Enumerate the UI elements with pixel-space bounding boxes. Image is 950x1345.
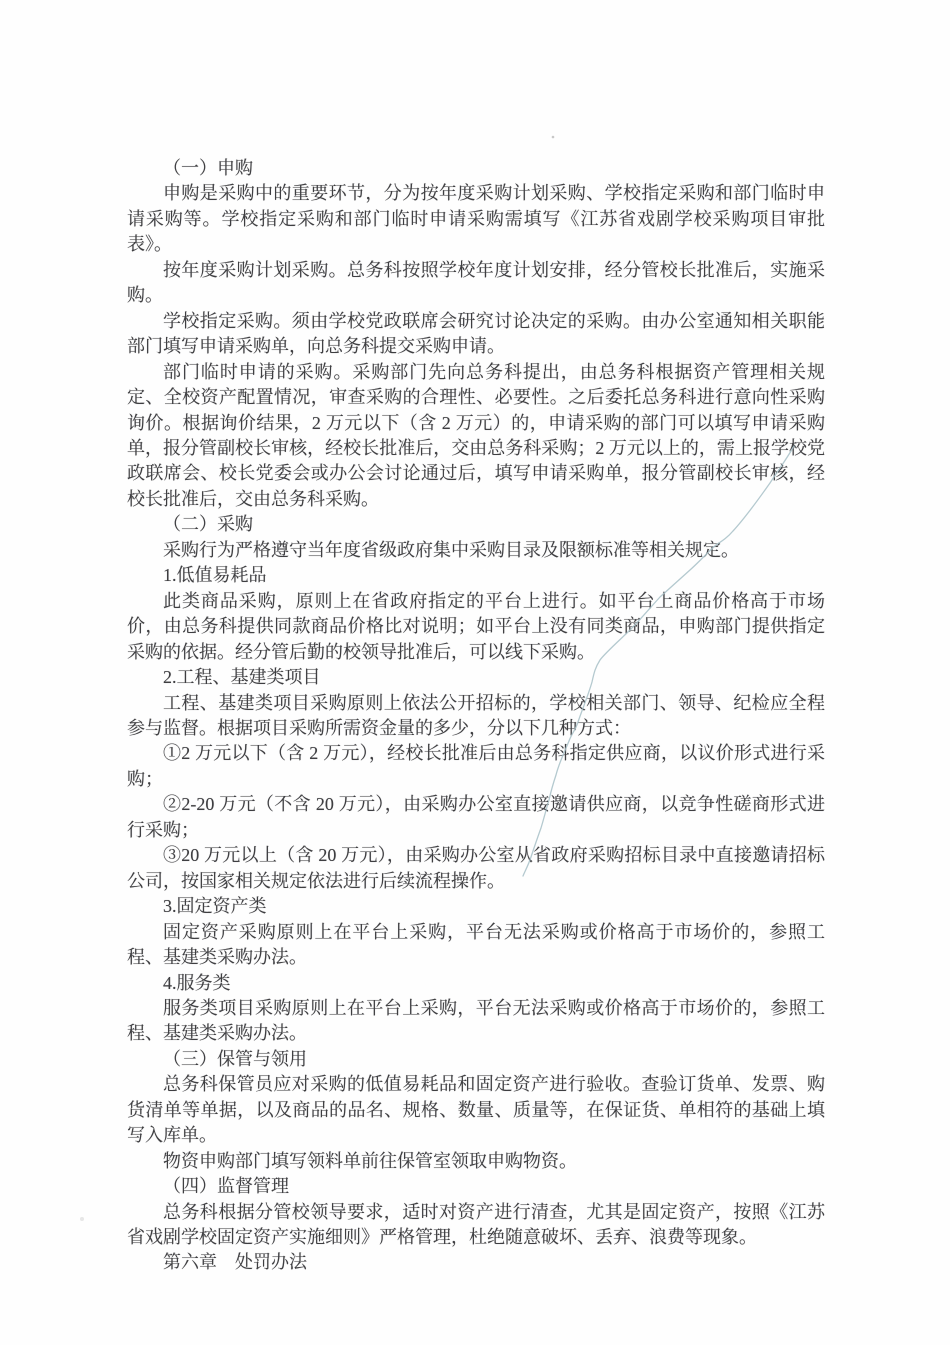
paragraph: 按年度采购计划采购。总务科按照学校年度计划安排，经分管校长批准后，实施采购。 [127,258,825,309]
list-item-heading: 1.低值易耗品 [127,563,825,588]
paragraph: 总务科保管员应对采购的低值易耗品和固定资产进行验收。查验订货单、发票、购货清单等… [127,1072,825,1148]
document-body: （一）申购 申购是采购中的重要环节，分为按年度采购计划采购、学校指定采购和部门临… [127,156,825,1276]
section-heading: （二）采购 [127,512,825,537]
paragraph: 固定资产采购原则上在平台上采购，平台无法采购或价格高于市场价的，参照工程、基建类… [127,920,825,971]
list-item-heading: 2.工程、基建类项目 [127,665,825,690]
paragraph: 学校指定采购。须由学校党政联席会研究讨论决定的采购。由办公室通知相关职能部门填写… [127,309,825,360]
chapter-heading: 第六章 处罚办法 [127,1250,825,1275]
section-heading: （一）申购 [127,156,825,181]
paragraph: 物资申购部门填写领料单前往保管室领取申购物资。 [127,1149,825,1174]
paragraph: 服务类项目采购原则上在平台上采购，平台无法采购或价格高于市场价的，参照工程、基建… [127,996,825,1047]
scan-speck [80,1217,84,1221]
circled-item: ②2-20 万元（不含 20 万元），由采购办公室直接邀请供应商，以竞争性磋商形… [127,792,825,843]
paragraph: 此类商品采购，原则上在省政府指定的平台上进行。如平台上商品价格高于市场价，由总务… [127,589,825,665]
list-item-heading: 3.固定资产类 [127,894,825,919]
scanned-document-page: （一）申购 申购是采购中的重要环节，分为按年度采购计划采购、学校指定采购和部门临… [0,0,950,1345]
paragraph: 总务科根据分管校领导要求，适时对资产进行清查，尤其是固定资产，按照《江苏省戏剧学… [127,1200,825,1251]
list-item-heading: 4.服务类 [127,971,825,996]
paragraph: 工程、基建类项目采购原则上依法公开招标的，学校相关部门、领导、纪检应全程参与监督… [127,691,825,742]
circled-item: ①2 万元以下（含 2 万元），经校长批准后由总务科指定供应商，以议价形式进行采… [127,741,825,792]
section-heading: （三）保管与领用 [127,1047,825,1072]
circled-item: ③20 万元以上（含 20 万元），由采购办公室从省政府采购招标目录中直接邀请招… [127,843,825,894]
paragraph: 部门临时申请的采购。采购部门先向总务科提出，由总务科根据资产管理相关规定、全校资… [127,360,825,513]
section-heading: （四）监督管理 [127,1174,825,1199]
scan-speck [552,136,555,139]
paragraph: 申购是采购中的重要环节，分为按年度采购计划采购、学校指定采购和部门临时申请采购等… [127,181,825,257]
paragraph: 采购行为严格遵守当年度省级政府集中采购目录及限额标准等相关规定。 [127,538,825,563]
